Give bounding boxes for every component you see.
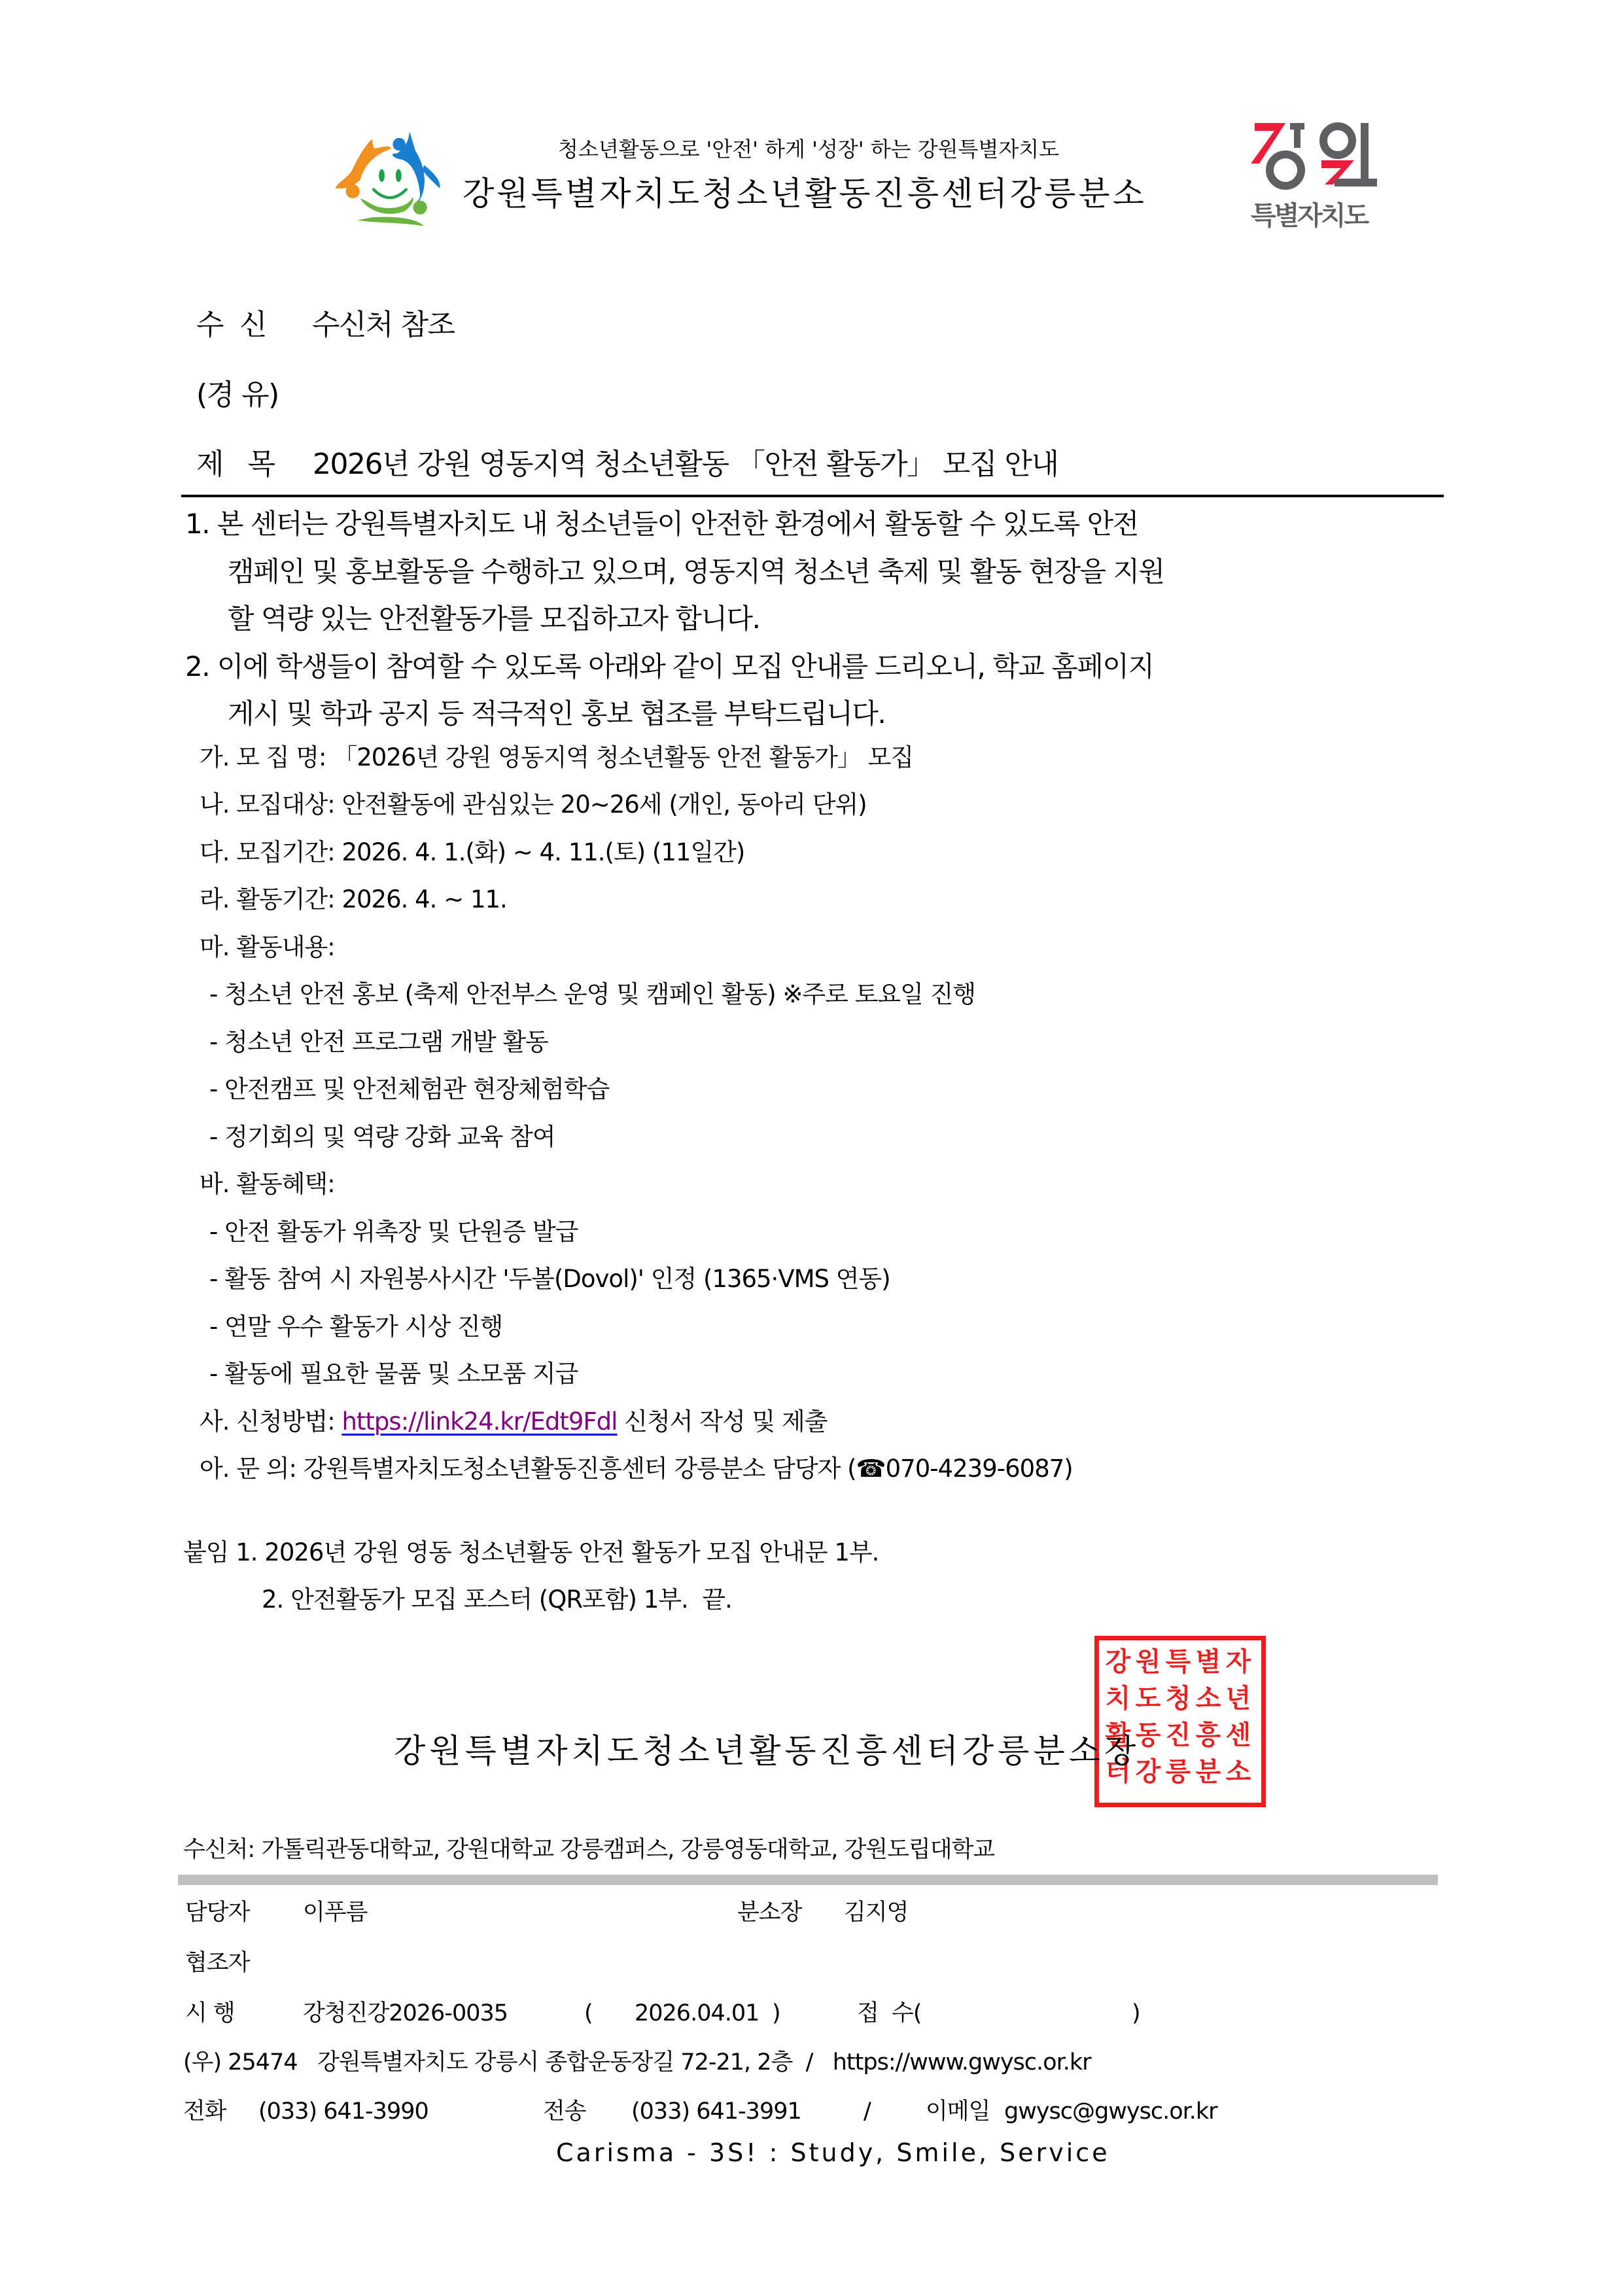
phone-icon: ☎ — [856, 1455, 886, 1483]
item-recruit-name: 가. 모 집 명: 「2026년 강원 영동지역 청소년활동 안전 활동가」 모… — [200, 743, 913, 773]
item-activity-period: 라. 활동기간: 2026. 4. ~ 11. — [200, 885, 507, 915]
item-inquiry: 아. 문 의: 강원특별자치도청소년활동진흥센터 강릉분소 담당자 (☎070-… — [200, 1454, 1073, 1484]
seal-char: 강 — [1101, 1644, 1131, 1680]
subject-label: 제 목 — [196, 447, 274, 482]
receipt-close-paren: ) — [1132, 1999, 1140, 2028]
seal-char: 소 — [1221, 1754, 1251, 1790]
seal-char: 년 — [1221, 1680, 1251, 1717]
benefit-item: - 안전 활동가 위촉장 및 단원증 발급 — [209, 1217, 578, 1247]
activity-content-item: - 청소년 안전 프로그램 개발 활동 — [209, 1027, 548, 1057]
receipt-label: 접 수( — [857, 1999, 922, 2028]
official-seal: 강원특별자치도청소년활동진흥센터강릉분소 — [1094, 1636, 1266, 1806]
recipient-label: 수 신 — [196, 308, 266, 343]
email-label: 이메일 — [926, 2097, 990, 2126]
header-org-name: 강원특별자치도청소년활동진흥센터강릉분소 — [462, 168, 1147, 215]
phone-label: 전화 — [183, 2097, 226, 2126]
paragraph-1-line-2: 캠페인 및 홍보활동을 수행하고 있으며, 영동지역 청소년 축제 및 활동 현… — [228, 555, 1164, 589]
manager-label: 담당자 — [185, 1898, 249, 1927]
seal-char: 흥 — [1191, 1717, 1221, 1754]
seal-char: 릉 — [1161, 1754, 1191, 1790]
enforce-date: 2026.04.01 — [635, 1999, 759, 2028]
benefit-item: - 활동에 필요한 물품 및 소모품 지급 — [209, 1359, 578, 1389]
recipient-value: 수신처 참조 — [312, 308, 455, 343]
cooperator-label: 협조자 — [185, 1949, 249, 1977]
signature-title: 강원특별자치도청소년활동진흥센터강릉분소장 — [394, 1725, 1140, 1772]
youth-center-logo — [322, 111, 449, 229]
item-benefits: 바. 활동혜택: — [200, 1169, 335, 1199]
branch-head-name: 김지영 — [844, 1898, 908, 1927]
footer-motto: Carisma - 3S! : Study, Smile, Service — [556, 2138, 1110, 2167]
benefit-item: - 활동 참여 시 자원봉사시간 '두볼(Dovol)' 인정 (1365·VM… — [209, 1264, 890, 1294]
paragraph-1-line-1: 1. 본 센터는 강원특별자치도 내 청소년들이 안전한 환경에서 활동할 수 … — [185, 507, 1138, 541]
date-close-paren: ) — [772, 1999, 780, 2028]
application-suffix: 신청서 작성 및 제출 — [617, 1407, 827, 1436]
seal-char: 자 — [1221, 1644, 1251, 1680]
footer-divider — [178, 1875, 1438, 1885]
branch-head-label: 분소장 — [737, 1898, 801, 1927]
activity-content-item: - 정기회의 및 역량 강화 교육 참여 — [209, 1122, 555, 1152]
subject-value: 2026년 강원 영동지역 청소년활동 「안전 활동가」 모집 안내 — [313, 447, 1058, 482]
email-address: gwysc@gwysc.or.kr — [1004, 2097, 1217, 2126]
smiling-people-circle-logo-icon — [328, 124, 456, 241]
seal-char: 원 — [1131, 1644, 1161, 1680]
seal-char: 별 — [1191, 1644, 1221, 1680]
paragraph-2-line-2: 게시 및 학과 공지 등 적극적인 홍보 협조를 부탁드립니다. — [228, 697, 885, 731]
seal-char: 치 — [1101, 1680, 1131, 1717]
document-number: 강청진강2026-0035 — [303, 1999, 508, 2028]
attachment-1: 붙임 1. 2026년 강원 영동 청소년활동 안전 활동가 모집 안내문 1부… — [183, 1538, 879, 1568]
item-target: 나. 모집대상: 안전활동에 관심있는 20~26세 (개인, 동아리 단위) — [200, 790, 867, 820]
benefit-item: - 연말 우수 활동가 시상 진행 — [209, 1312, 502, 1342]
subject-divider — [181, 495, 1444, 497]
gangwon-wordmark-icon — [1249, 118, 1380, 190]
application-label: 사. 신청방법: — [200, 1407, 341, 1436]
separator: / — [864, 2097, 871, 2126]
header-slogan: 청소년활동으로 '안전' 하게 '성장' 하는 강원특별자치도 — [558, 133, 1059, 163]
seal-char: 소 — [1191, 1680, 1221, 1717]
postal-address: (우) 25474 강원특별자치도 강릉시 종합운동장길 72-21, 2층 /… — [183, 2048, 1091, 2077]
paragraph-1-line-3: 할 역량 있는 안전활동가를 모집하고자 합니다. — [228, 602, 759, 636]
seal-char: 진 — [1161, 1717, 1191, 1754]
activity-content-item: - 청소년 안전 홍보 (축제 안전부스 운영 및 캠페인 활동) ※주로 토요… — [209, 980, 975, 1010]
phone-number: (033) 641-3990 — [258, 2097, 428, 2126]
inquiry-label: 아. 문 의: 강원특별자치도청소년활동진흥센터 강릉분소 담당자 ( — [200, 1455, 856, 1483]
manager-name: 이푸름 — [303, 1898, 367, 1927]
activity-content-item: - 안전캠프 및 안전체험관 현장체험학습 — [209, 1074, 609, 1104]
fax-number: (033) 641-3991 — [631, 2097, 801, 2126]
seal-char: 분 — [1191, 1754, 1221, 1790]
item-application-method: 사. 신청방법: https://link24.kr/Edt9Fdl 신청서 작… — [200, 1407, 827, 1437]
seal-char: 청 — [1161, 1680, 1191, 1717]
via-label: (경 유) — [196, 378, 279, 413]
item-recruit-period: 다. 모집기간: 2026. 4. 1.(화) ~ 4. 11.(토) (11일… — [200, 838, 744, 868]
date-open-paren: ( — [584, 1999, 593, 2028]
attachment-2: 2. 안전활동가 모집 포스터 (QR포함) 1부. 끝. — [262, 1585, 732, 1615]
seal-char: 도 — [1131, 1680, 1161, 1717]
seal-char: 특 — [1161, 1644, 1191, 1680]
gangwon-province-logo: 특별자치도 — [1249, 118, 1380, 232]
recipients-list: 수신처: 가톨릭관동대학교, 강원대학교 강릉캠퍼스, 강릉영동대학교, 강원도… — [183, 1835, 994, 1864]
inquiry-phone: 070-4239-6087) — [886, 1455, 1073, 1483]
paragraph-2-line-1: 2. 이에 학생들이 참여할 수 있도록 아래와 같이 모집 안내를 드리오니,… — [185, 650, 1154, 684]
fax-label: 전송 — [543, 2097, 586, 2126]
gangwon-logo-sub: 특별자치도 — [1251, 195, 1367, 232]
application-link[interactable]: https://link24.kr/Edt9Fdl — [341, 1407, 617, 1436]
item-activity-content: 마. 활동내용: — [200, 932, 335, 963]
seal-char: 센 — [1221, 1717, 1251, 1754]
enforce-label: 시 행 — [185, 1999, 235, 2028]
